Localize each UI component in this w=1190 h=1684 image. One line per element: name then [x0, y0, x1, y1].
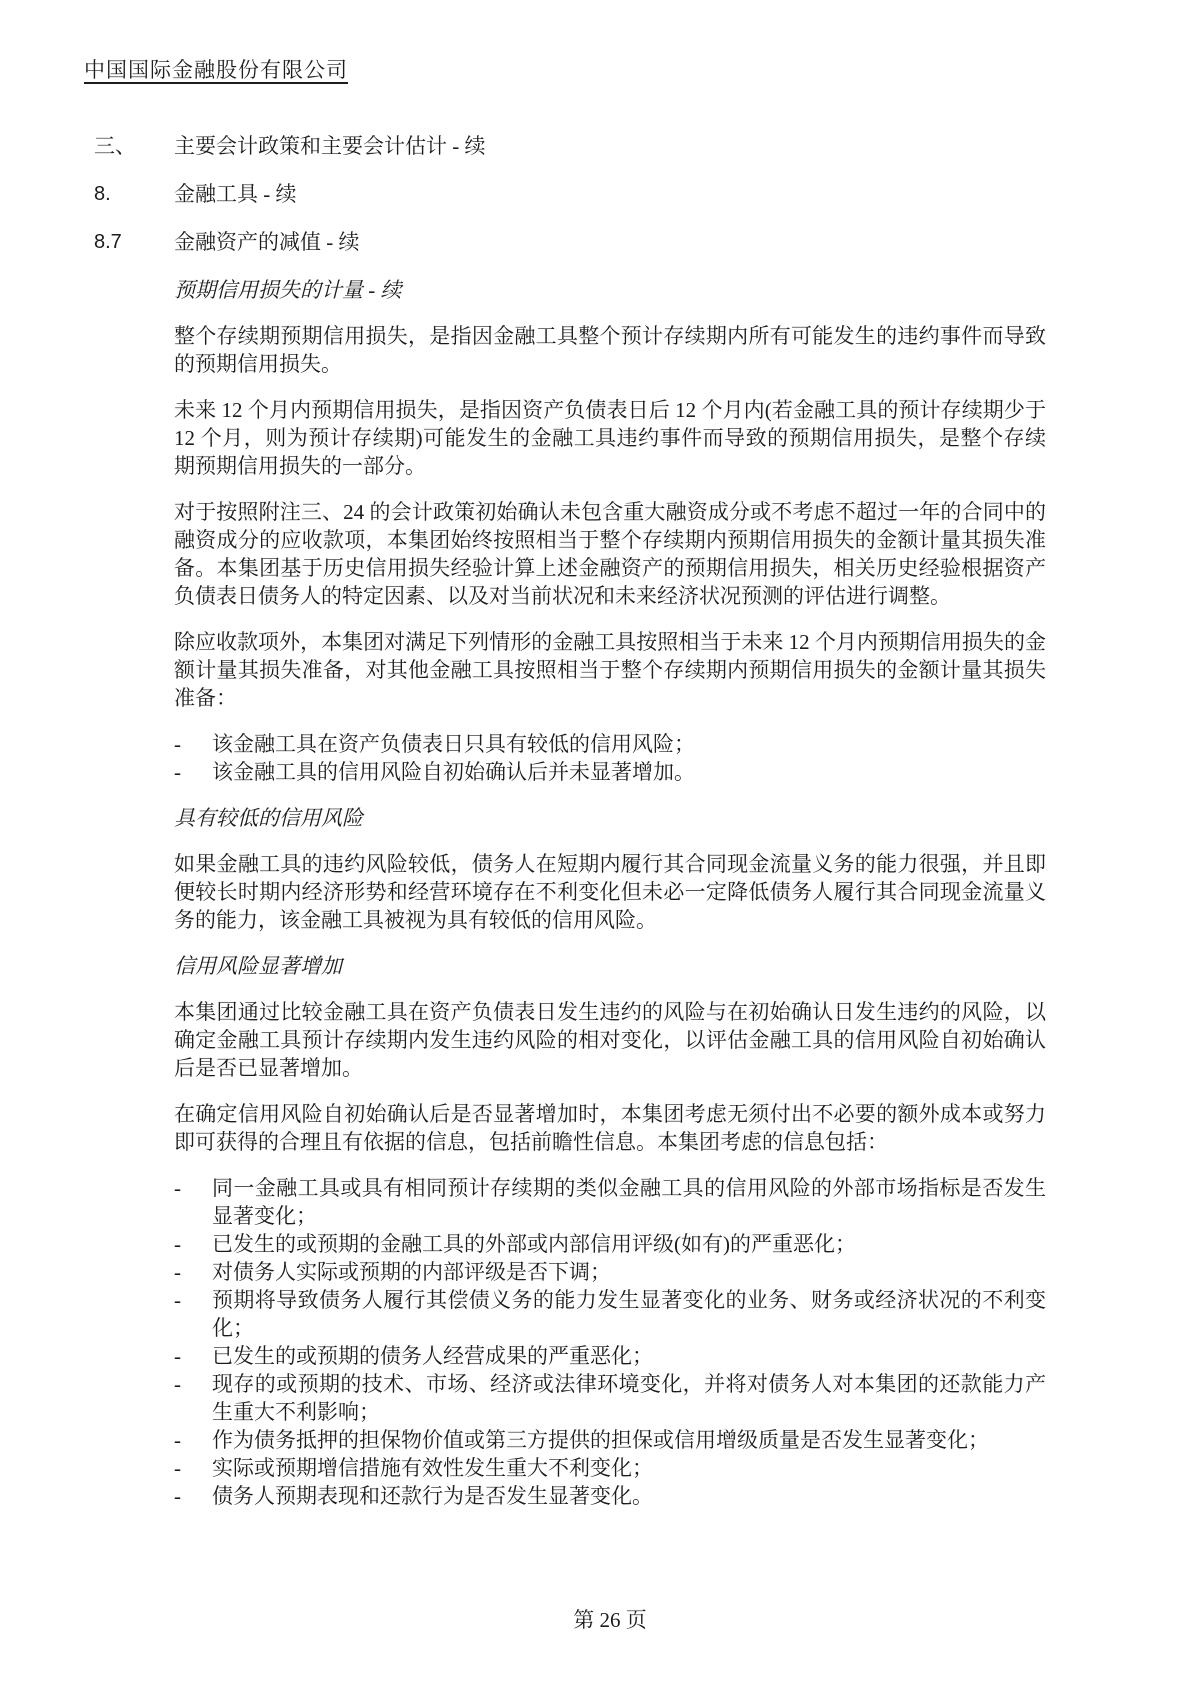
section-number: 8.	[84, 180, 174, 208]
list-item: - 该金融工具在资产负债表日只具有较低的信用风险；	[174, 730, 1046, 758]
list-item-text: 现存的或预期的技术、市场、经济或法律环境变化，并将对债务人对本集团的还款能力产生…	[212, 1370, 1046, 1426]
list-item-text: 作为债务抵押的担保物价值或第三方提供的担保或信用增级质量是否发生显著变化；	[212, 1426, 1046, 1454]
paragraph: 未来 12 个月内预期信用损失，是指因资产负债表日后 12 个月内(若金融工具的…	[174, 396, 1046, 480]
list-item: - 已发生的或预期的金融工具的外部或内部信用评级(如有)的严重恶化；	[174, 1230, 1046, 1258]
list-item-text: 实际或预期增信措施有效性发生重大不利变化；	[212, 1454, 1046, 1482]
bullet-dash: -	[174, 1230, 212, 1258]
section-title: 金融资产的减值 - 续	[174, 228, 360, 256]
company-name-header: 中国国际金融股份有限公司	[84, 56, 348, 84]
list-item-text: 预期将导致债务人履行其偿债义务的能力发生显著变化的业务、财务或经济状况的不利变化…	[212, 1286, 1046, 1342]
list-item: - 现存的或预期的技术、市场、经济或法律环境变化，并将对债务人对本集团的还款能力…	[174, 1370, 1046, 1426]
list-item-text: 该金融工具在资产负债表日只具有较低的信用风险；	[212, 730, 1046, 758]
bullet-list-low-risk-criteria: - 该金融工具在资产负债表日只具有较低的信用风险； - 该金融工具的信用风险自初…	[174, 730, 1046, 786]
bullet-dash: -	[174, 1482, 212, 1510]
paragraph: 除应收款项外，本集团对满足下列情形的金融工具按照相当于未来 12 个月内预期信用…	[174, 628, 1046, 712]
list-item-text: 已发生的或预期的金融工具的外部或内部信用评级(如有)的严重恶化；	[212, 1230, 1046, 1258]
section-title: 金融工具 - 续	[174, 180, 297, 208]
paragraph: 对于按照附注三、24 的会计政策初始确认未包含重大融资成分或不考虑不超过一年的合…	[174, 498, 1046, 610]
bullet-dash: -	[174, 1426, 212, 1454]
page-number-footer: 第 26 页	[174, 1606, 1046, 1634]
document-page: 中国国际金融股份有限公司 三、 主要会计政策和主要会计估计 - 续 8. 金融工…	[0, 0, 1190, 1684]
list-item: - 债务人预期表现和还款行为是否发生显著变化。	[174, 1482, 1046, 1510]
section-heading-level1: 三、 主要会计政策和主要会计估计 - 续	[84, 132, 1046, 160]
document-body: 预期信用损失的计量 - 续 整个存续期预期信用损失，是指因金融工具整个预计存续期…	[174, 276, 1046, 1510]
list-item-text: 债务人预期表现和还款行为是否发生显著变化。	[212, 1482, 1046, 1510]
bullet-dash: -	[174, 758, 212, 786]
bullet-dash: -	[174, 1454, 212, 1482]
bullet-dash: -	[174, 1370, 212, 1426]
paragraph: 在确定信用风险自初始确认后是否显著增加时，本集团考虑无须付出不必要的额外成本或努…	[174, 1100, 1046, 1156]
bullet-dash: -	[174, 1342, 212, 1370]
section-number: 8.7	[84, 228, 174, 256]
bullet-list-considered-information: - 同一金融工具或具有相同预计存续期的类似金融工具的信用风险的外部市场指标是否发…	[174, 1174, 1046, 1510]
paragraph: 整个存续期预期信用损失，是指因金融工具整个预计存续期内所有可能发生的违约事件而导…	[174, 322, 1046, 378]
paragraph: 本集团通过比较金融工具在资产负债表日发生违约的风险与在初始确认日发生违约的风险，…	[174, 998, 1046, 1082]
list-item-text: 已发生的或预期的债务人经营成果的严重恶化；	[212, 1342, 1046, 1370]
subheading-ecl-measurement: 预期信用损失的计量 - 续	[174, 276, 1046, 304]
section-heading-level2: 8. 金融工具 - 续	[84, 180, 1046, 208]
bullet-dash: -	[174, 1258, 212, 1286]
list-item: - 实际或预期增信措施有效性发生重大不利变化；	[174, 1454, 1046, 1482]
section-number: 三、	[84, 132, 174, 160]
bullet-dash: -	[174, 1174, 212, 1230]
list-item: - 同一金融工具或具有相同预计存续期的类似金融工具的信用风险的外部市场指标是否发…	[174, 1174, 1046, 1230]
list-item-text: 对债务人实际或预期的内部评级是否下调；	[212, 1258, 1046, 1286]
list-item: - 对债务人实际或预期的内部评级是否下调；	[174, 1258, 1046, 1286]
subheading-significant-increase: 信用风险显著增加	[174, 952, 1046, 980]
list-item-text: 该金融工具的信用风险自初始确认后并未显著增加。	[212, 758, 1046, 786]
list-item: - 已发生的或预期的债务人经营成果的严重恶化；	[174, 1342, 1046, 1370]
list-item: - 预期将导致债务人履行其偿债义务的能力发生显著变化的业务、财务或经济状况的不利…	[174, 1286, 1046, 1342]
bullet-dash: -	[174, 730, 212, 758]
section-title: 主要会计政策和主要会计估计 - 续	[174, 132, 486, 160]
list-item-text: 同一金融工具或具有相同预计存续期的类似金融工具的信用风险的外部市场指标是否发生显…	[212, 1174, 1046, 1230]
paragraph: 如果金融工具的违约风险较低，债务人在短期内履行其合同现金流量义务的能力很强，并且…	[174, 850, 1046, 934]
subheading-low-credit-risk: 具有较低的信用风险	[174, 804, 1046, 832]
section-heading-level3: 8.7 金融资产的减值 - 续	[84, 228, 1046, 256]
list-item: - 作为债务抵押的担保物价值或第三方提供的担保或信用增级质量是否发生显著变化；	[174, 1426, 1046, 1454]
list-item: - 该金融工具的信用风险自初始确认后并未显著增加。	[174, 758, 1046, 786]
bullet-dash: -	[174, 1286, 212, 1342]
